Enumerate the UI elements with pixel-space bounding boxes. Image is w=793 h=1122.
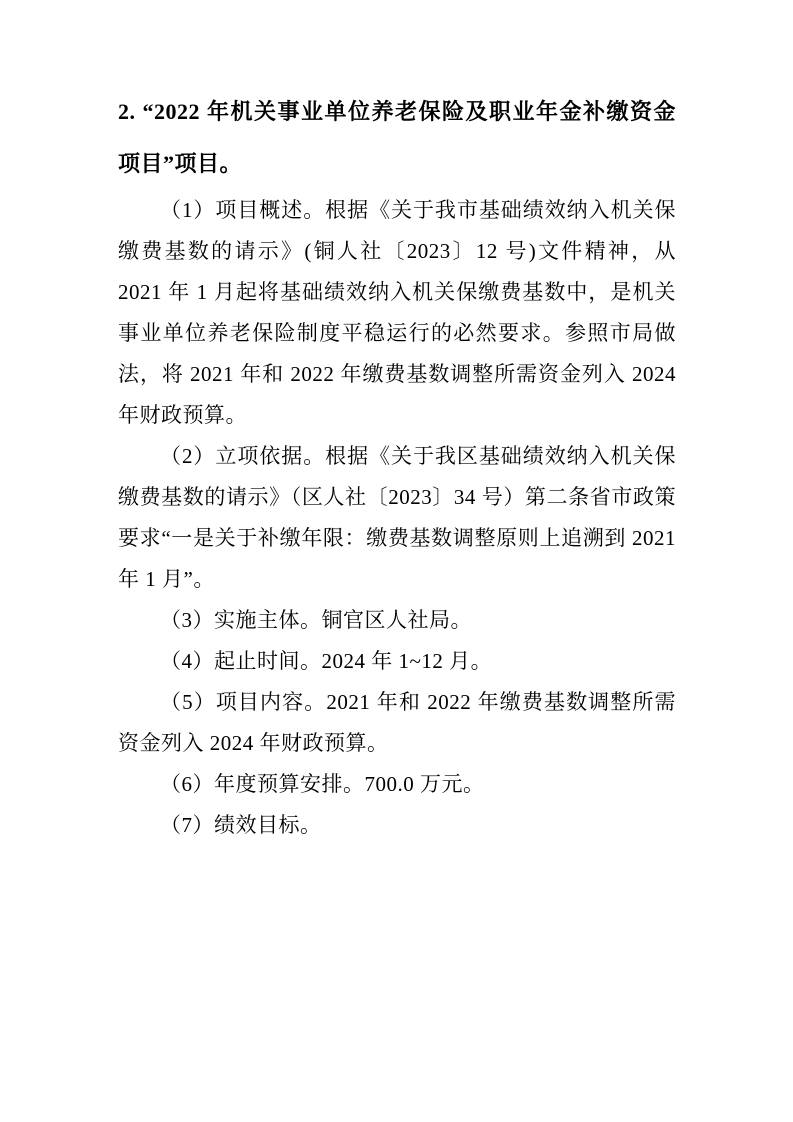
document-content: 2. “2022 年机关事业单位养老保险及职业年金补缴资金项目”项目。 （1）项… (118, 86, 676, 846)
paragraph-performance-goal: （7）绩效目标。 (118, 805, 676, 846)
paragraph-time-period: （4）起止时间。2024 年 1~12 月。 (118, 641, 676, 682)
paragraph-implementing-body: （3）实施主体。铜官区人社局。 (118, 600, 676, 641)
paragraph-project-basis: （2）立项依据。根据《关于我区基础绩效纳入机关保缴费基数的请示》（区人社〔202… (118, 436, 676, 600)
paragraph-annual-budget: （6）年度预算安排。700.0 万元。 (118, 764, 676, 805)
paragraph-project-content: （5）项目内容。2021 年和 2022 年缴费基数调整所需资金列入 2024 … (118, 682, 676, 764)
document-page: 2. “2022 年机关事业单位养老保险及职业年金补缴资金项目”项目。 （1）项… (0, 0, 793, 1122)
section-heading: 2. “2022 年机关事业单位养老保险及职业年金补缴资金项目”项目。 (118, 86, 676, 190)
paragraph-project-overview: （1）项目概述。根据《关于我市基础绩效纳入机关保缴费基数的请示》(铜人社〔202… (118, 190, 676, 436)
